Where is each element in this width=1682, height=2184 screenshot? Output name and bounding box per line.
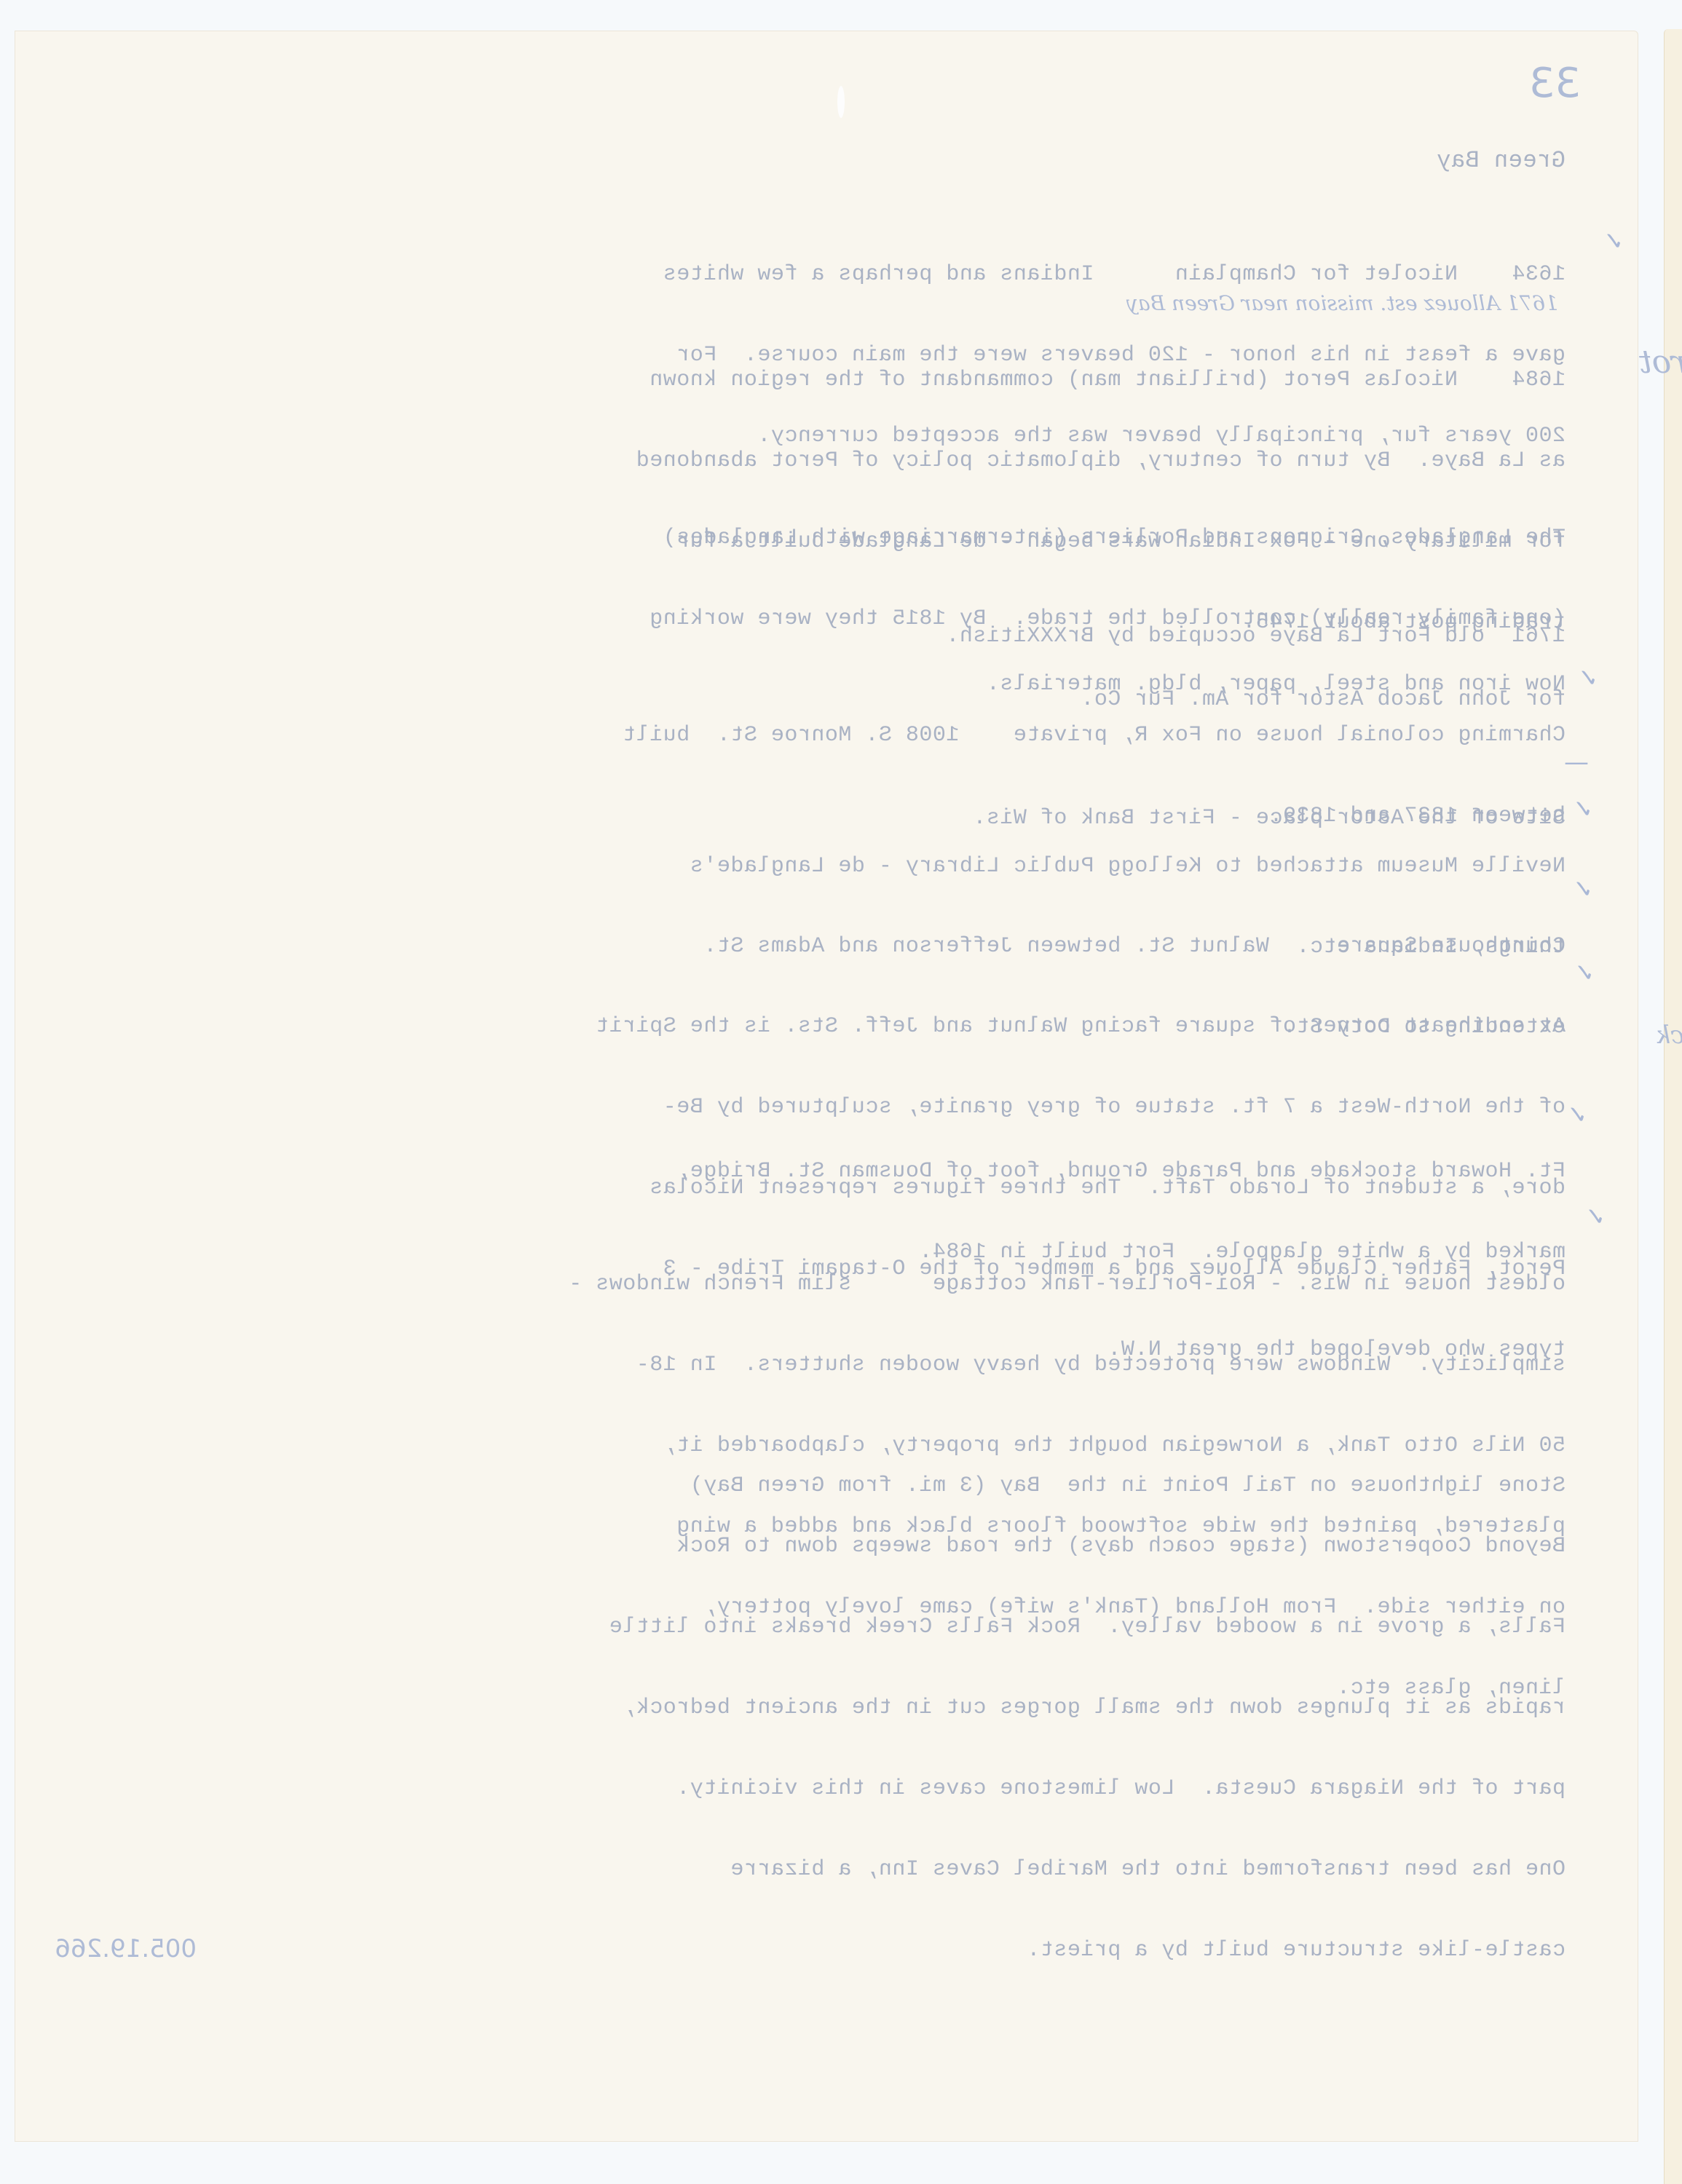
text-line: part of the Niagara Cuesta. Low limeston… [609,1776,1565,1803]
paragraph-cooperstown: Beyond Cooperstown (stage coach days) th… [609,1479,1565,2018]
text-line: Falls, a grove in a wooded valley. Rock … [609,1614,1565,1641]
check-mark-icon: ✓ [1573,795,1594,824]
check-mark-icon: ✓ [1573,875,1594,904]
text-line: Charming colonial house on Fox R, privat… [623,722,1565,749]
text-line: The Langlades, Grignons and Porliers (in… [649,525,1565,552]
text-line: At southeast corner of square facing Wal… [596,1013,1565,1040]
text-line: Courthouse Square Walnut St. between Jef… [703,933,1565,960]
text-line: Ft. Howard stockade and Parade Ground, f… [676,1158,1565,1185]
margin-note-perot: Perot [1639,344,1682,381]
check-mark-icon: ✓ [1567,1101,1588,1130]
text-line: Beyond Cooperstown (stage coach days) th… [609,1533,1565,1560]
text-line: Neville Museum attached to Kellogg Publi… [690,853,1565,880]
check-mark-icon: ✓ [1603,227,1624,256]
margin-note-rock: rock [1656,1021,1682,1050]
catalog-number: 005.19.266 [55,1934,197,1963]
text-line: 1634 Nicolet for Champlain Indians and p… [663,261,1565,288]
dash-mark-icon: — [1564,748,1589,777]
text-line: castle-like structure built by a priest. [609,1937,1565,1964]
page-number: 33 [1529,60,1581,107]
heading: Green Bay [1437,147,1565,174]
mirrored-show-through: 33 Green Bay 1634 Nicolet for Champlain … [15,31,1638,2142]
handwritten-insert-1671: 1671 Allouez est. mission near Green Bay [1126,291,1558,315]
text-line: One has been transformed into the Maribe… [609,1856,1565,1883]
text-line: 1684 Nicolas Perot (brilliant man) comma… [636,367,1565,394]
check-mark-icon: ✓ [1578,664,1599,693]
check-mark-icon: ✓ [1574,959,1595,988]
text-line: rapids as it plunges down the small gorg… [609,1695,1565,1722]
text-line: simplicity. Windows were protected by he… [569,1352,1565,1379]
text-line: oldest house in Wis. - Roi-Porlier-Tank … [569,1271,1565,1298]
check-mark-icon: ✓ [1585,1203,1606,1232]
